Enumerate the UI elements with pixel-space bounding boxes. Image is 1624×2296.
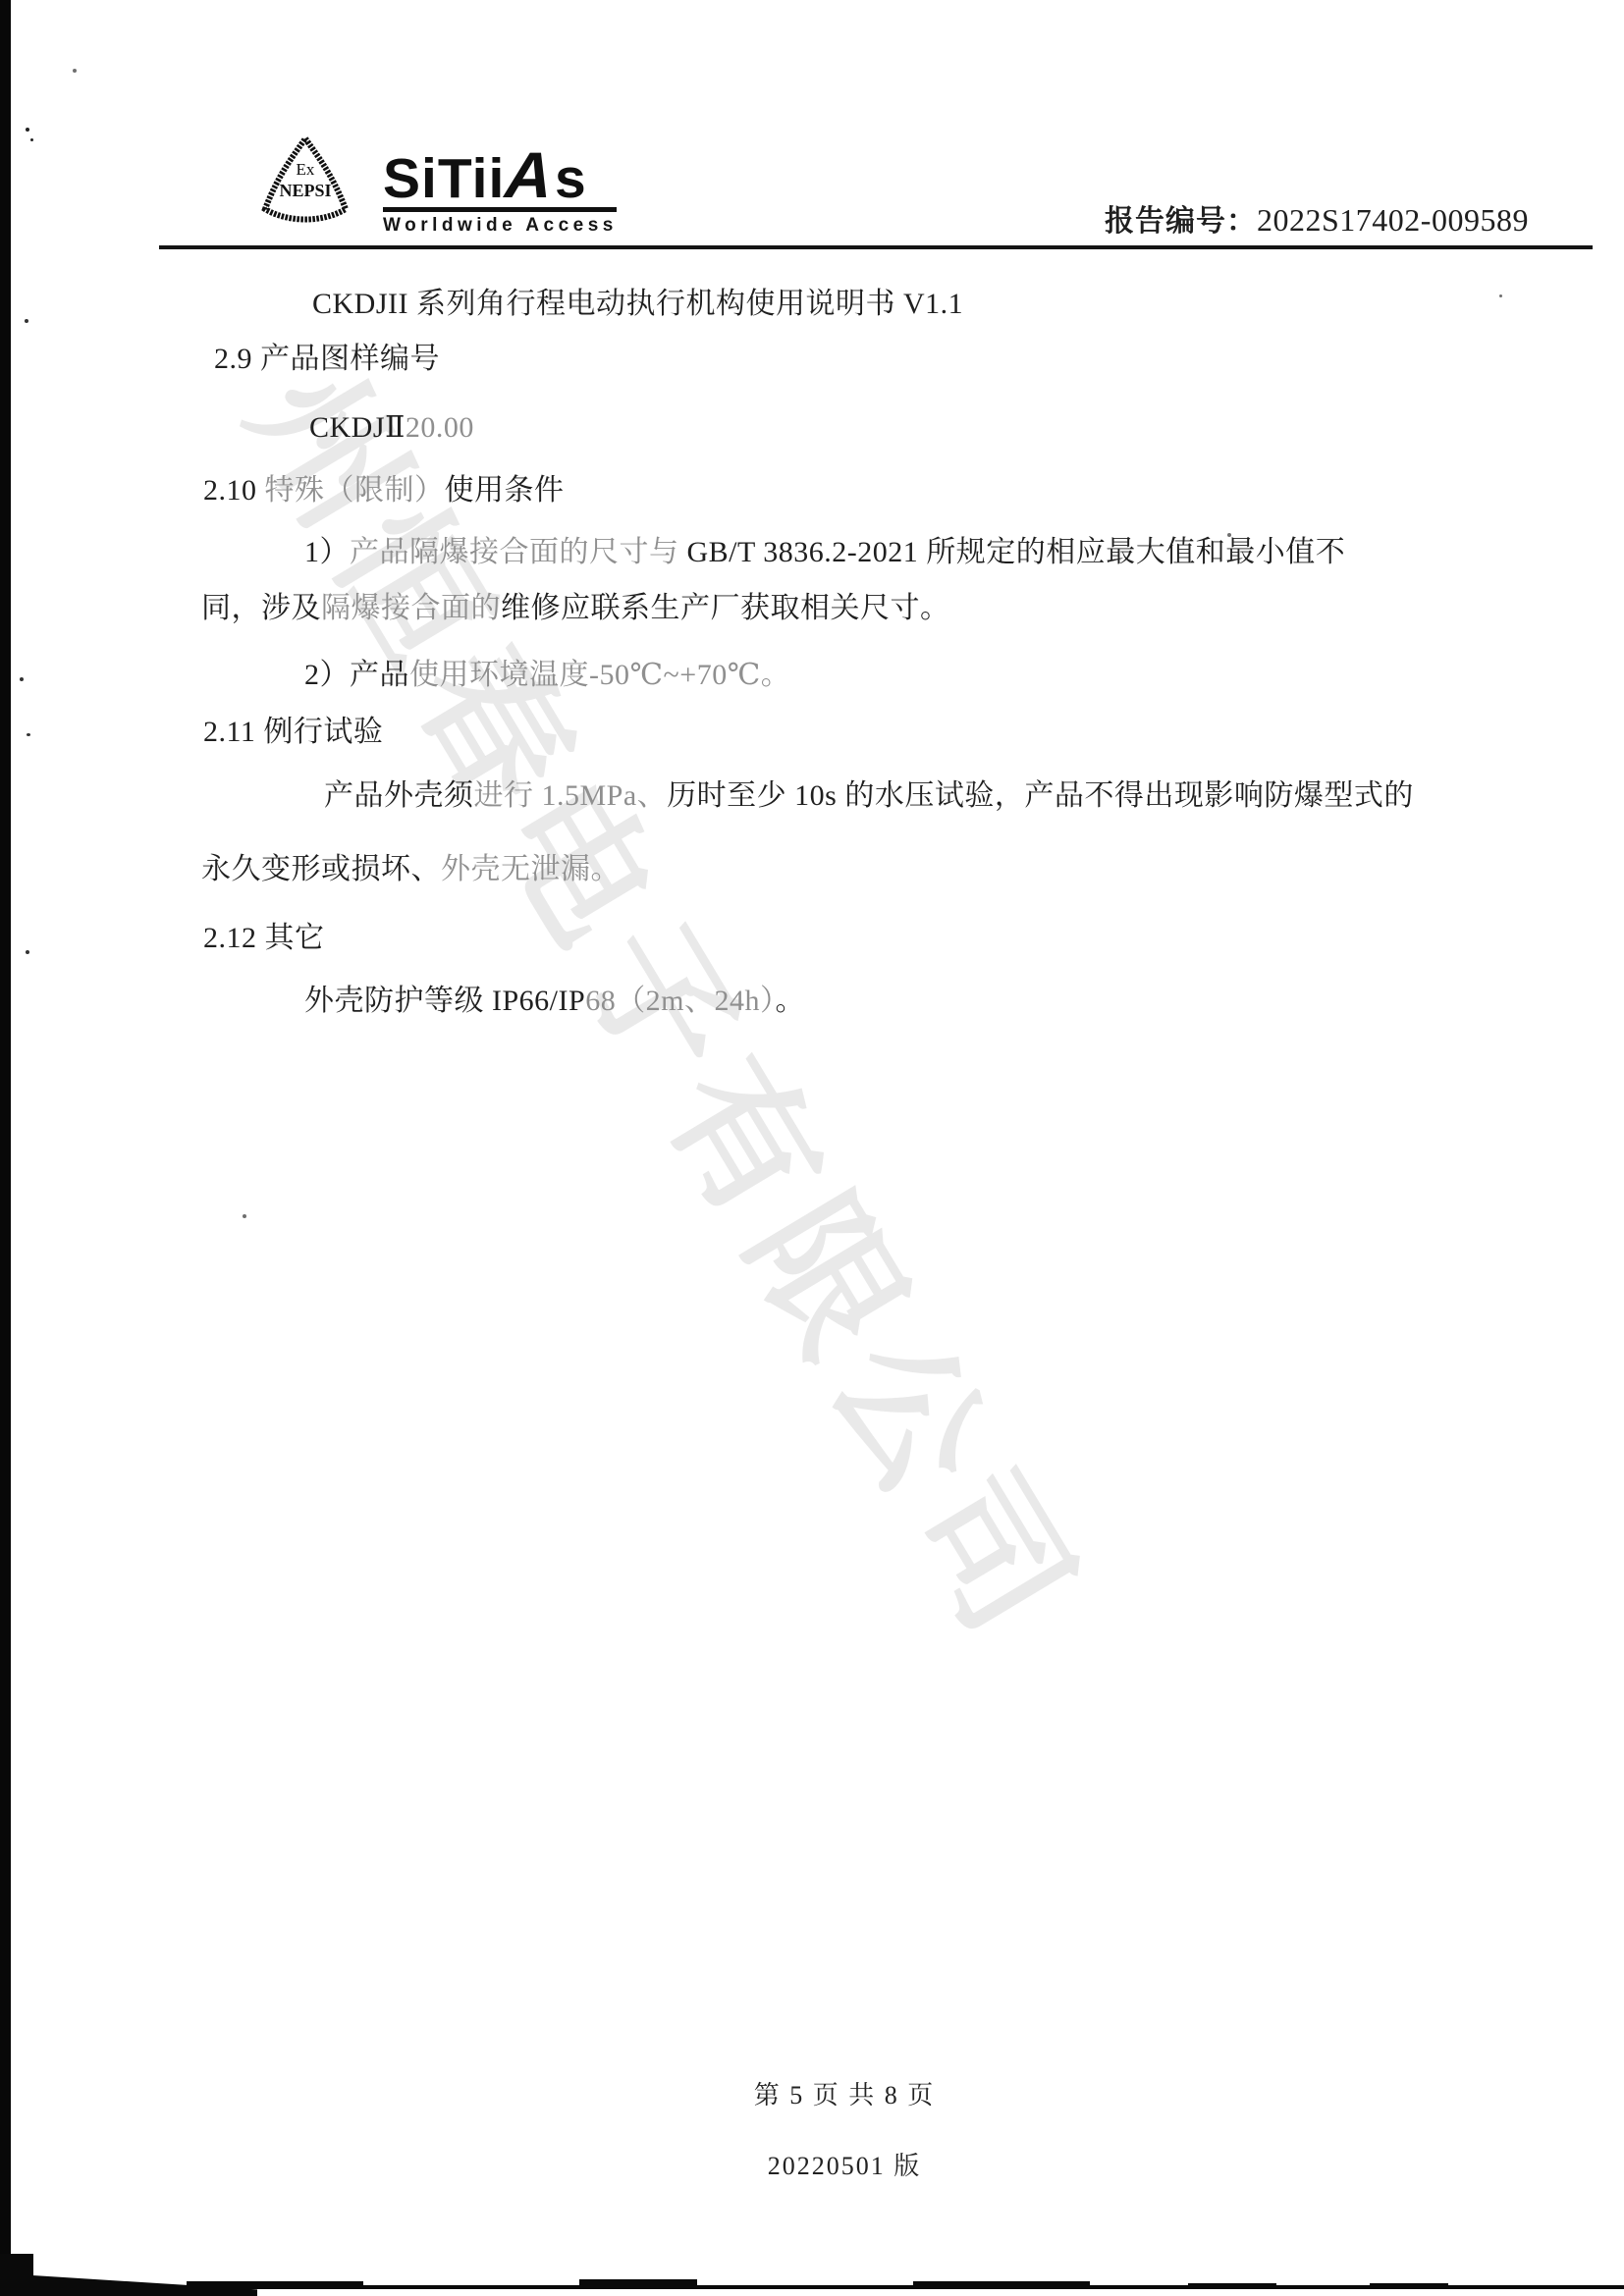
text-segment: 。 (776, 985, 806, 1017)
body-line: 外壳防护等级 IP66/IP68（2m、24h）。 (304, 984, 805, 1019)
scan-edge-left-bar (0, 0, 11, 2296)
scan-smudge (1188, 2283, 1276, 2288)
text-segment: 外壳无泄漏。 (441, 853, 621, 885)
body-line: CKDJⅡ20.00 (309, 410, 474, 446)
text-segment: 特殊（限制） (265, 474, 445, 507)
text-segment: 使用环境温度-50℃~+70℃。 (409, 659, 790, 691)
text-segment: 产品隔爆接合面的尺寸与 (350, 536, 679, 568)
nepsi-ex-logo-icon: Ex NEPSI (256, 133, 354, 232)
scan-speck (30, 138, 33, 141)
body-line: 2.11 例行试验 (203, 715, 383, 750)
logo-tagline: Worldwide Access (383, 215, 638, 237)
scan-edge-bottom-wedge (0, 2264, 257, 2296)
scan-speck (73, 69, 77, 73)
text-segment: 2.12 其它 (203, 922, 325, 954)
body-line: 2.9 产品图样编号 (214, 342, 440, 377)
text-segment: 同，涉及 (201, 592, 321, 624)
scan-speck (26, 128, 29, 132)
text-segment: GB/T 3836.2-2021 所规定的相应最大值和最小值不 (679, 536, 1346, 568)
scan-smudge (187, 2281, 363, 2287)
report-number-label: 报告编号： (1105, 205, 1257, 238)
sitiias-logo-wordmark: SiTiiAs (383, 147, 638, 206)
text-segment: 20.00 (406, 411, 474, 444)
text-segment: 68（2m、24h） (585, 985, 775, 1017)
text-segment: CKDJⅡ (309, 411, 406, 444)
scan-smudge (579, 2279, 697, 2287)
scan-speck (26, 950, 29, 954)
scan-edge-bottom-blob (0, 2254, 33, 2296)
text-segment: 2.11 例行试验 (203, 716, 383, 748)
text-segment: 历时至少 10s 的水压试验，产品不得出现影响防爆型式的 (667, 779, 1414, 812)
text-segment: 维修应联系生产厂获取相关尺寸。 (501, 592, 950, 624)
footer-page-number: 第 5 页 共 8 页 (0, 2075, 1624, 2111)
body-line: 2.12 其它 (203, 921, 325, 956)
text-segment: 产品外壳须 (324, 779, 474, 812)
scan-smudge (913, 2281, 1090, 2288)
scan-speck (1499, 294, 1502, 297)
text-segment: 隔爆接合面的 (321, 592, 501, 624)
body-line: 2.10 特殊（限制）使用条件 (203, 473, 565, 508)
body-line: 产品外壳须进行 1.5MPa、历时至少 10s 的水压试验，产品不得出现影响防爆… (324, 778, 1414, 814)
text-segment: 进行 1.5MPa、 (474, 779, 668, 812)
footer-version: 20220501 版 (0, 2146, 1624, 2182)
text-segment: 2.10 (203, 474, 265, 507)
header-divider-rule (159, 245, 1593, 249)
document-page: 州恒春电子有限公司 Ex NEPSI SiTiiAs Worldwide Acc… (0, 0, 1624, 2296)
sitiias-logo: SiTiiAs Worldwide Access (383, 147, 638, 237)
body-line: 1）产品隔爆接合面的尺寸与 GB/T 3836.2-2021 所规定的相应最大值… (304, 535, 1345, 570)
body-line: CKDJII 系列角行程电动执行机构使用说明书 V1.1 (312, 287, 963, 322)
logo-ex-text: Ex (297, 160, 315, 179)
report-number-value: 2022S17402-009589 (1257, 202, 1529, 238)
scan-speck (27, 733, 30, 736)
text-segment: CKDJII 系列角行程电动执行机构使用说明书 V1.1 (312, 288, 963, 320)
text-segment: 1） (304, 536, 350, 568)
text-segment: 外壳防护等级 IP66/IP (304, 985, 585, 1017)
scan-smudge (1370, 2283, 1448, 2288)
scan-speck (243, 1214, 246, 1218)
scan-speck (25, 319, 28, 323)
logo-nepsi-text: NEPSI (279, 181, 331, 200)
body-line: 2）产品使用环境温度-50℃~+70℃。 (304, 658, 790, 693)
text-segment: 永久变形或损坏、 (201, 853, 441, 885)
scan-speck (20, 677, 24, 681)
text-segment: 2.9 产品图样编号 (214, 343, 440, 375)
body-line: 同，涉及隔爆接合面的维修应联系生产厂获取相关尺寸。 (201, 591, 950, 626)
text-segment: 使用条件 (445, 474, 565, 507)
body-line: 永久变形或损坏、外壳无泄漏。 (201, 852, 621, 887)
report-number-line: 报告编号：2022S17402-009589 (1105, 196, 1529, 240)
text-segment: 2）产品 (304, 659, 409, 691)
